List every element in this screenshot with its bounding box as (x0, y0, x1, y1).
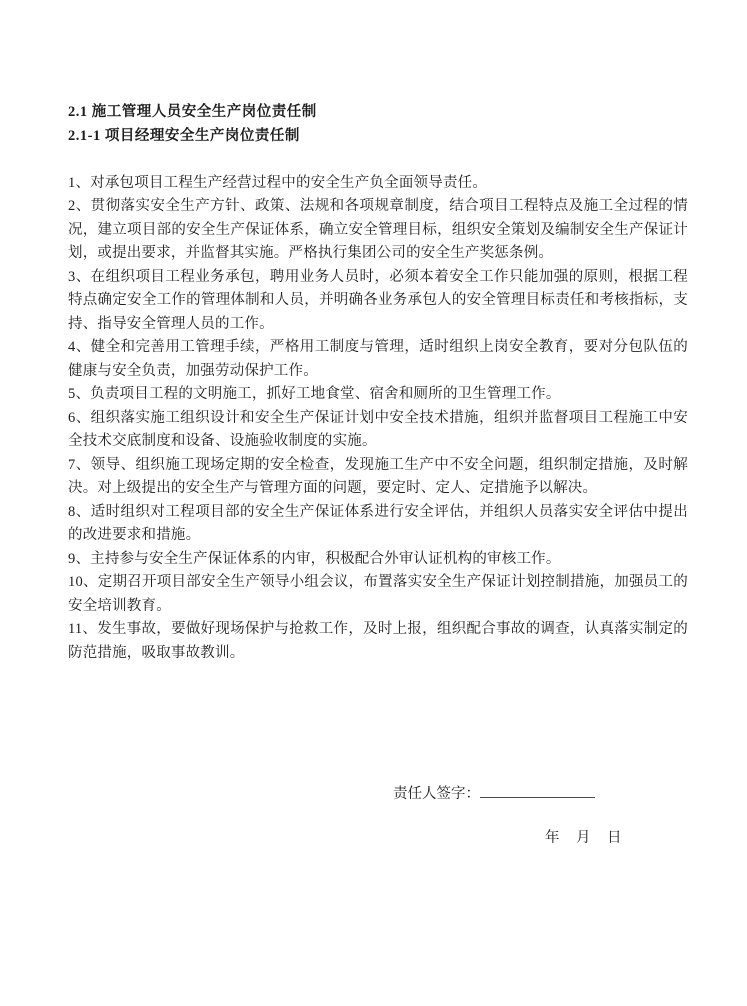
responsibility-item: 1、对承包项目工程生产经营过程中的安全生产负全面领导责任。 (68, 172, 688, 196)
signature-line (480, 784, 595, 798)
responsibility-item: 11、发生事故，要做好现场保护与抢救工作，及时上报，组织配合事故的调查，认真落实… (68, 618, 688, 665)
signature-label: 责任人签字： (393, 786, 480, 802)
responsibility-item: 3、在组织项目工程业务承包，聘用业务人员时，必须本着安全工作只能加强的原则，根据… (68, 266, 688, 337)
responsibility-item: 4、健全和完善用工管理手续，严格用工制度与管理，适时组织上岗安全教育，要对分包队… (68, 336, 688, 383)
subsection-heading: 2.1-1 项目经理安全生产岗位责任制 (68, 125, 688, 149)
responsibility-item: 9、主持参与安全生产保证体系的内审，积极配合外审认证机构的审核工作。 (68, 548, 688, 572)
date-line: 年 月 日 (545, 827, 623, 851)
responsibility-item: 8、适时组织对工程项目部的安全生产保证体系进行安全评估，并组织人员落实安全评估中… (68, 501, 688, 548)
responsibility-item: 10、定期召开项目部安全生产领导小组会议，布置落实安全生产保证计划控制措施，加强… (68, 571, 688, 618)
section-heading: 2.1 施工管理人员安全生产岗位责任制 (68, 101, 688, 125)
responsibility-item: 5、负责项目工程的文明施工，抓好工地食堂、宿舍和厕所的卫生管理工作。 (68, 383, 688, 407)
document-content: 2.1 施工管理人员安全生产岗位责任制 2.1-1 项目经理安全生产岗位责任制 … (68, 101, 688, 665)
responsibility-item: 7、领导、组织施工现场定期的安全检查，发现施工生产中不安全问题，组织制定措施，及… (68, 454, 688, 501)
responsibility-list: 1、对承包项目工程生产经营过程中的安全生产负全面领导责任。 2、贯彻落实安全生产… (68, 172, 688, 666)
document-page: 2.1 施工管理人员安全生产岗位责任制 2.1-1 项目经理安全生产岗位责任制 … (0, 0, 747, 1006)
responsibility-item: 6、组织落实施工组织设计和安全生产保证计划中安全技术措施，组织并监督项目工程施工… (68, 407, 688, 454)
signature-row: 责任人签字： (393, 783, 595, 807)
responsibility-item: 2、贯彻落实安全生产方针、政策、法规和各项规章制度，结合项目工程特点及施工全过程… (68, 195, 688, 266)
